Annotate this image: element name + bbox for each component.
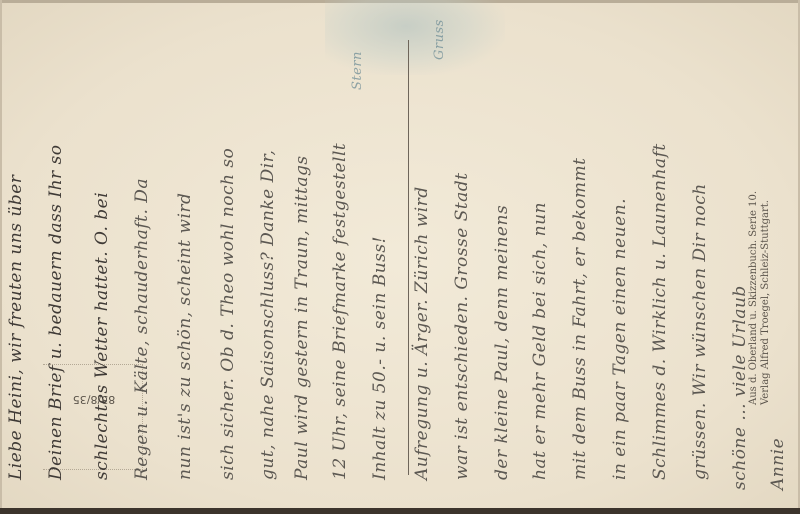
handwriting-line: in ein paar Tagen einen neuen. — [610, 198, 630, 480]
card-bottom-edge — [0, 508, 800, 514]
handwriting-line: grüssen. Wir wünschen Dir noch — [690, 183, 710, 480]
handwriting-line: schöne ... viele Urlaub — [730, 285, 750, 490]
handwriting-line: Aufregung u. Ärger. Zürich wird — [412, 186, 432, 480]
handwriting-line: schlechtes Wetter hattet. O. bei — [92, 192, 112, 480]
handwriting-line: der kleine Paul, denn meinens — [492, 205, 512, 480]
handwriting-line: hat er mehr Geld bei sich, nun — [530, 202, 550, 480]
handwriting-line: sich sicher. Ob d. Theo wohl noch so — [218, 148, 238, 480]
signature: Annie — [768, 438, 788, 490]
handwriting-line: Schlimmes d. Wirklich u. Launenhaft — [650, 143, 670, 480]
margin-note: Gruss — [432, 19, 447, 60]
center-divider-line — [408, 40, 409, 475]
publisher-line-2: Verlag Alfred Troegel, Schleiz-Stuttgart… — [760, 191, 772, 405]
postcard-back: 83/8/35 Liebe Heini, wir freuten uns übe… — [0, 0, 800, 514]
handwriting-line: Paul wird gestern in Traun, mittags — [292, 155, 312, 480]
publisher-line-1: Aus d. Oberland u. Skizzenbuch. Serie 10… — [748, 191, 760, 405]
card-left-edge — [0, 0, 2, 514]
handwriting-line: Inhalt zu 50.- u. sein Buss! — [370, 236, 390, 480]
handwriting-line: mit dem Buss in Fahrt, er bekommt — [570, 158, 590, 480]
publisher-imprint: Aus d. Oberland u. Skizzenbuch. Serie 10… — [748, 191, 772, 405]
handwriting-line: gut, nahe Saisonschluss? Danke Dir, — [258, 150, 278, 480]
handwriting-line: Liebe Heini, wir freuten uns über — [6, 175, 26, 480]
handwriting-line: Deinen Brief u. bedauern dass Ihr so — [46, 144, 66, 480]
handwriting-line: 12 Uhr, seine Briefmarke festgestellt — [330, 143, 350, 480]
handwriting-line: Regen u. Kälte, schauderhaft. Da — [132, 178, 152, 480]
handwriting-line: war ist entschieden. Grosse Stadt — [452, 172, 472, 480]
handwriting-line: nun ist's zu schön, scheint wird — [175, 193, 195, 480]
margin-note: Stern — [350, 51, 365, 90]
